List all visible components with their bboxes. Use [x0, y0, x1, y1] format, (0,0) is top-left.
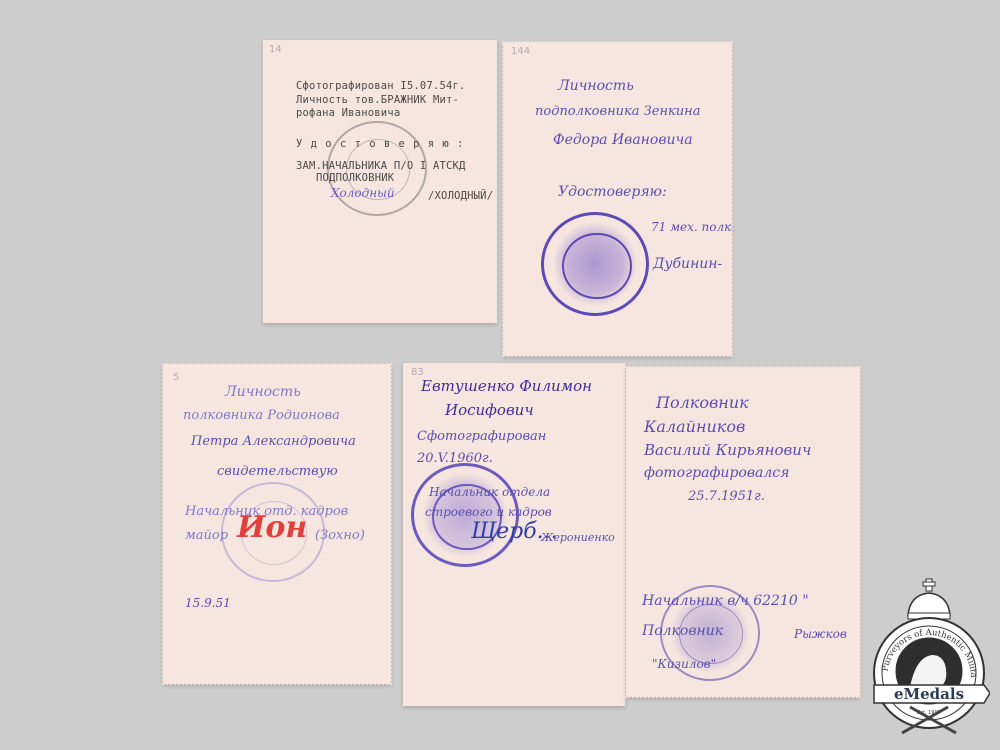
typed-line: рофана Ивановича	[296, 107, 400, 119]
emedals-badge-icon: Purveyors of Authentic Militaria eMedals…	[868, 577, 990, 739]
typed-line: Сфотографирован I5.07.54г.	[296, 80, 466, 92]
handwritten-line: Жерониенко	[541, 531, 615, 544]
handwritten-line: Личность	[558, 78, 634, 94]
handwritten-line: Начальник отдела	[429, 485, 550, 499]
handwritten-line: майор	[185, 528, 228, 543]
handwritten-line: Полковник	[656, 393, 749, 412]
handwritten-line: (Зохно)	[315, 528, 365, 543]
handwritten-line: фотографировался	[644, 465, 789, 481]
archive-number: 5	[173, 372, 179, 383]
official-stamp	[541, 212, 649, 316]
handwritten-line: Петра Александровича	[191, 434, 356, 449]
handwritten-line: Личность	[225, 384, 301, 400]
typed-line: Личность тов.БРАЖНИК Мит-	[296, 94, 459, 106]
emedals-logo: Purveyors of Authentic Militaria eMedals…	[868, 577, 990, 739]
handwritten-line: Начальник в/ч 62210 "	[642, 593, 809, 609]
photo-card-zenkin: 144 Личность подполковника Зенкина Федор…	[503, 42, 732, 356]
handwritten-line: Полковник	[642, 623, 723, 639]
photo-card-bražnik: 14 Сфотографирован I5.07.54г. Личность т…	[263, 40, 497, 323]
typed-line: /ХОЛОДНЫЙ/	[428, 190, 493, 202]
handwritten-line: Евтушенко Филимон	[421, 377, 592, 395]
photo-card-evtushenko: 83 Евтушенко Филимон Иосифович Сфотограф…	[403, 363, 625, 706]
handwritten-line: Сфотографирован	[417, 429, 546, 444]
archive-number: 144	[511, 46, 530, 57]
handwritten-line: Иосифович	[445, 401, 534, 419]
handwritten-line: Удостоверяю:	[558, 184, 667, 200]
handwritten-line: полковника Родионова	[183, 408, 340, 423]
handwritten-line: строевого и кадров	[425, 505, 552, 519]
typed-line: ЗАМ.НАЧАЛЬНИКА П/О I АТСКД	[296, 160, 466, 172]
archive-number: 14	[269, 44, 282, 55]
handwritten-line: Рыжков	[794, 627, 847, 641]
handwritten-line: Василий Кирьянович	[644, 441, 811, 459]
handwritten-line: подполковника Зенкина	[535, 104, 700, 119]
typed-line: ПОДПОЛКОВНИК	[316, 172, 394, 184]
date-line: 25.7.1951г.	[688, 489, 765, 504]
handwritten-line: Дубинин-	[653, 256, 722, 272]
signature: Холодный	[331, 186, 395, 200]
handwritten-line: 20.V.1960г.	[417, 451, 493, 466]
photo-card-rodionov: 5 Личность полковника Родионова Петра Ал…	[163, 364, 391, 684]
red-signature: Ион	[237, 510, 307, 545]
photo-card-kalainikov: Полковник Калайников Василий Кирьянович …	[626, 367, 860, 697]
handwritten-line: "Кизилов"	[652, 657, 716, 671]
handwritten-line: 71 мех. полка	[651, 220, 732, 234]
handwritten-line: Федора Ивановича	[553, 132, 693, 148]
date-line: 15.9.51	[185, 596, 231, 610]
typed-line: У д о с т о в е р я ю :	[296, 138, 464, 150]
svg-text:eMedals: eMedals	[894, 685, 964, 703]
handwritten-line: свидетельствую	[217, 464, 338, 479]
handwritten-line: Калайников	[644, 417, 745, 436]
